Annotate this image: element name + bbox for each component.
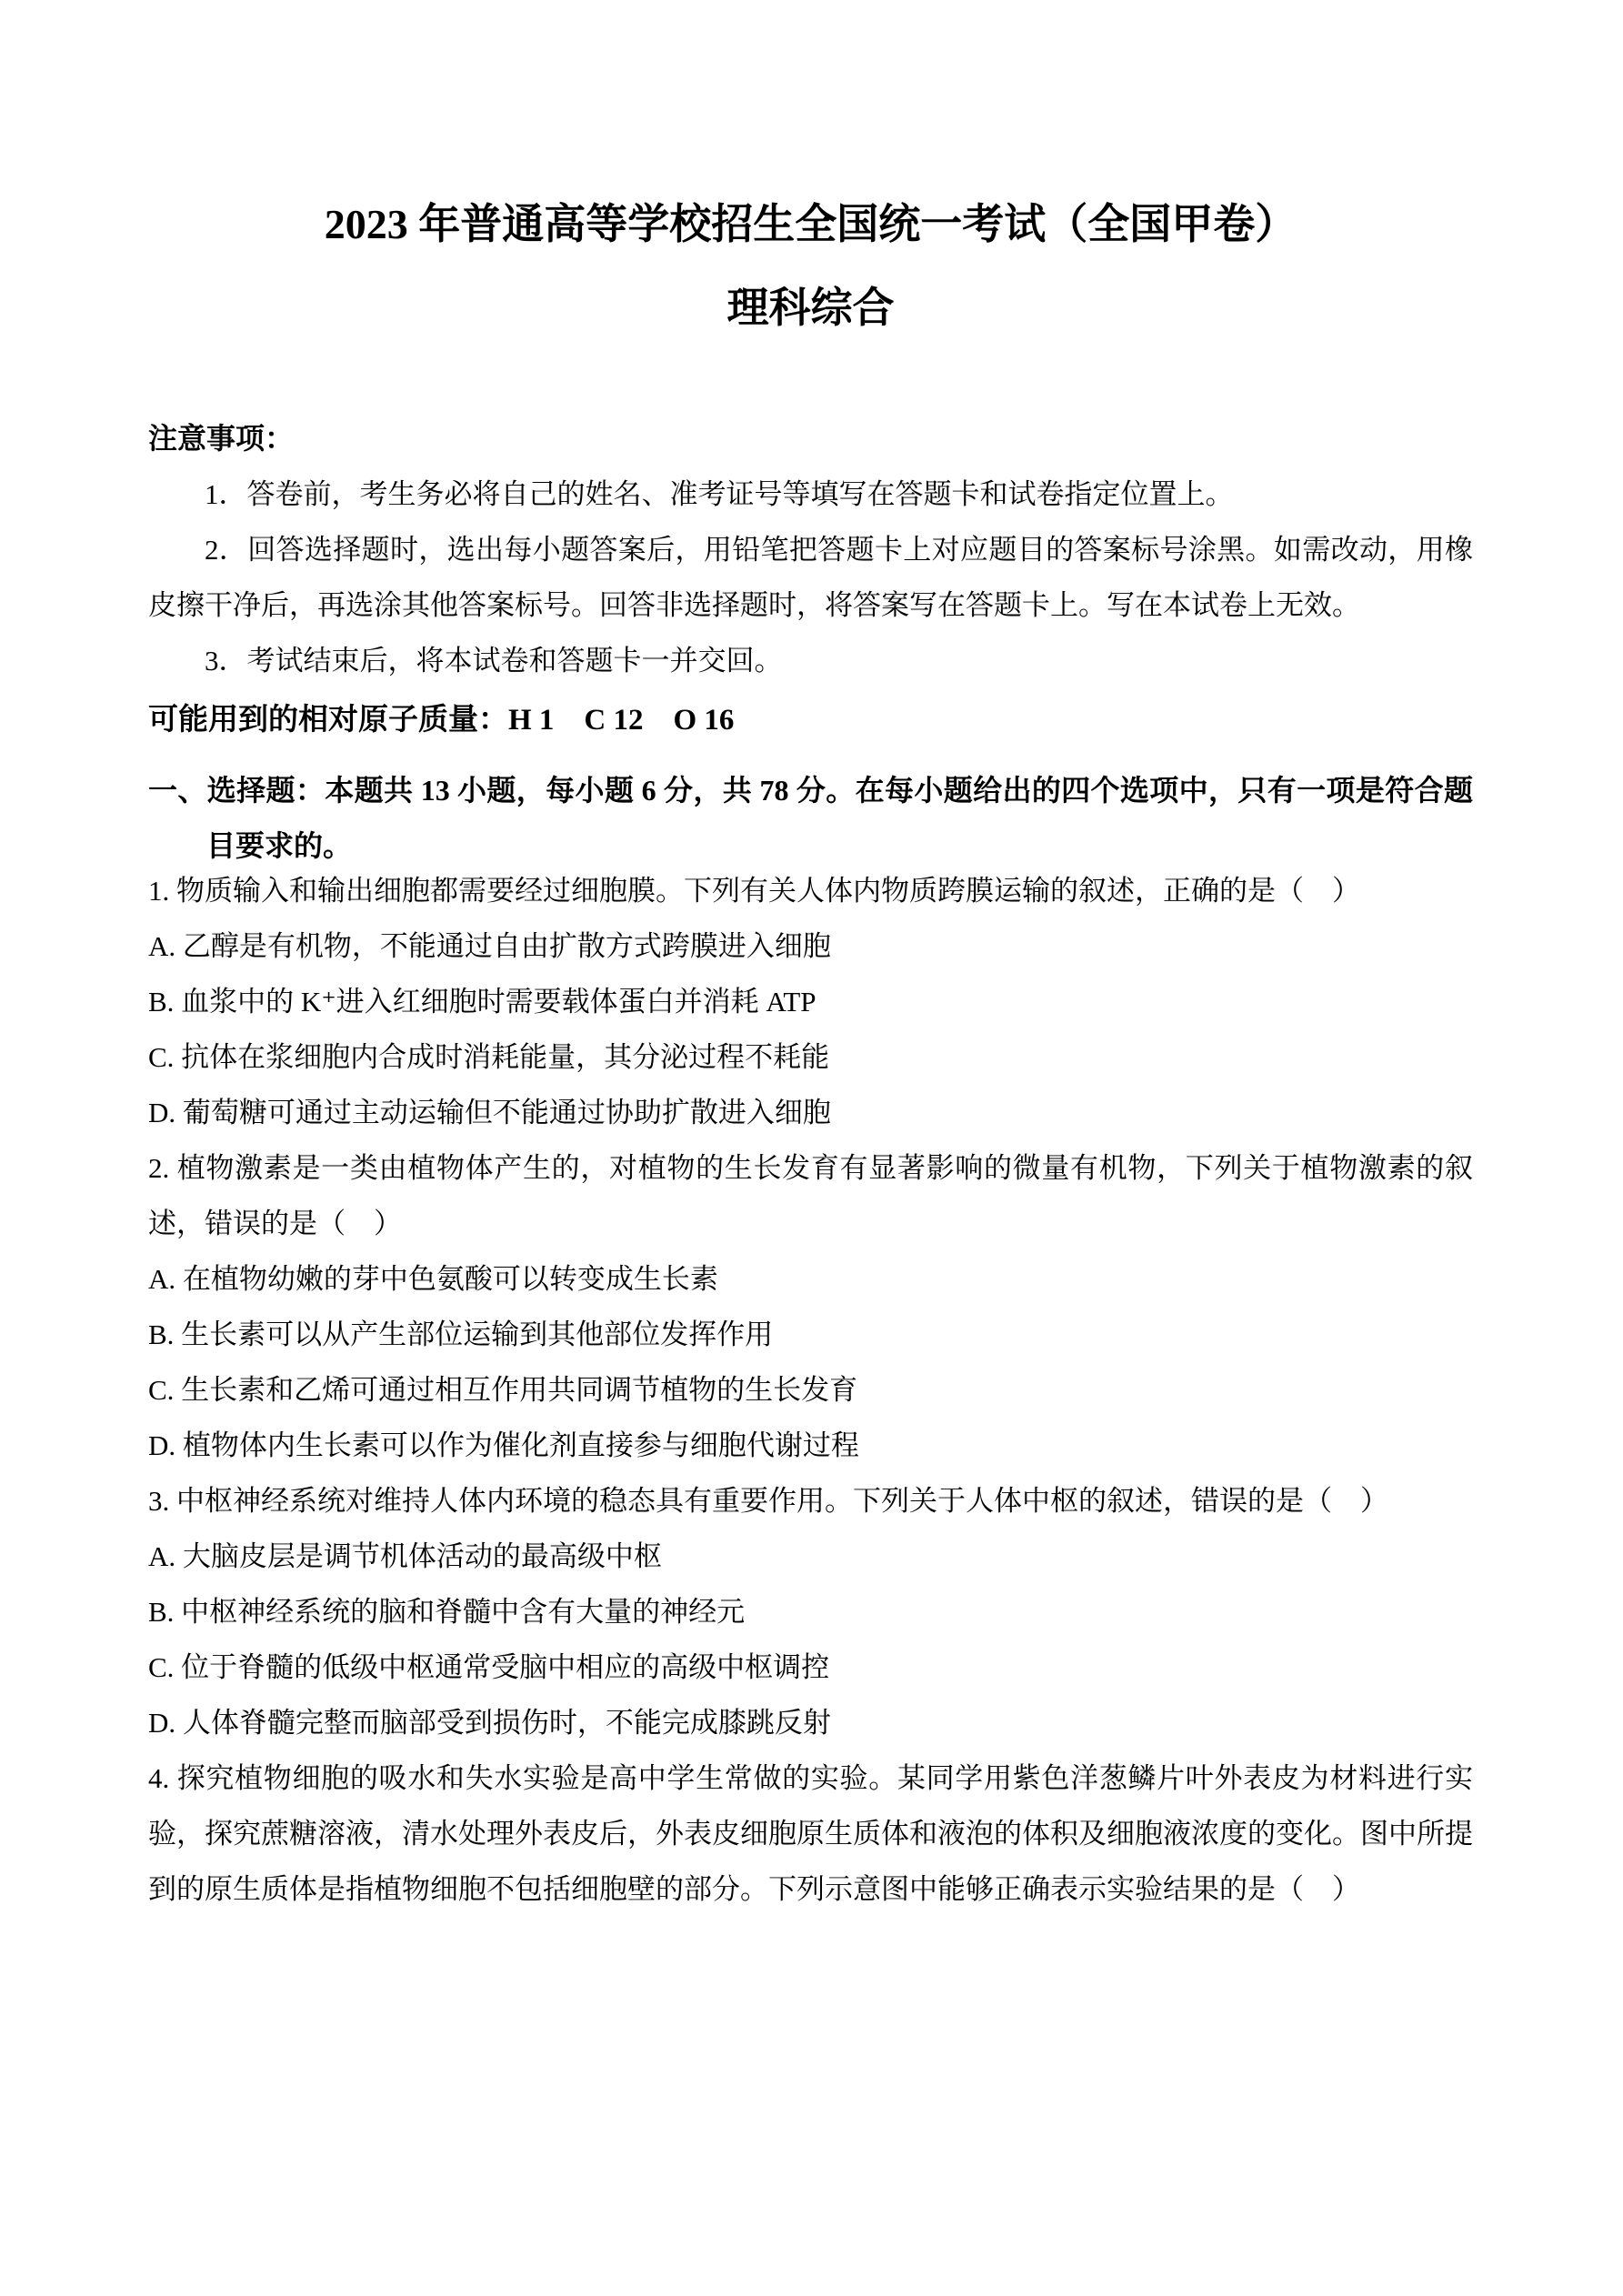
question-1-option-d: D. 葡萄糖可通过主动运输但不能通过协助扩散进入细胞 (148, 1085, 1473, 1140)
question-1: 1. 物质输入和输出细胞都需要经过细胞膜。下列有关人体内物质跨膜运输的叙述，正确… (148, 863, 1473, 1140)
question-3: 3. 中枢神经系统对维持人体内环境的稳态具有重要作用。下列关于人体中枢的叙述，错… (148, 1473, 1473, 1750)
question-4-stem: 4. 探究植物细胞的吸水和失水实验是高中学生常做的实验。某同学用紫色洋葱鳞片叶外… (148, 1750, 1473, 1917)
question-1-stem: 1. 物质输入和输出细胞都需要经过细胞膜。下列有关人体内物质跨膜运输的叙述，正确… (148, 863, 1473, 918)
notice-item-1: 1．答卷前，考生务必将自己的姓名、准考证号等填写在答题卡和试卷指定位置上。 (148, 466, 1473, 522)
notice-section: 注意事项： 1．答卷前，考生务必将自己的姓名、准考证号等填写在答题卡和试卷指定位… (148, 411, 1473, 688)
question-2-stem: 2. 植物激素是一类由植物体产生的，对植物的生长发育有显著影响的微量有机物，下列… (148, 1140, 1473, 1251)
question-1-option-c: C. 抗体在浆细胞内合成时消耗能量，其分泌过程不耗能 (148, 1029, 1473, 1085)
page-content: 2023 年普通高等学校招生全国统一考试（全国甲卷） 理科综合 注意事项： 1．… (0, 198, 1623, 1917)
paper-title: 2023 年普通高等学校招生全国统一考试（全国甲卷） (148, 198, 1473, 251)
question-3-option-b: B. 中枢神经系统的脑和脊髓中含有大量的神经元 (148, 1584, 1473, 1639)
question-1-option-b: B. 血浆中的 K⁺进入红细胞时需要载体蛋白并消耗 ATP (148, 974, 1473, 1029)
question-4: 4. 探究植物细胞的吸水和失水实验是高中学生常做的实验。某同学用紫色洋葱鳞片叶外… (148, 1750, 1473, 1917)
question-2-option-d: D. 植物体内生长素可以作为催化剂直接参与细胞代谢过程 (148, 1418, 1473, 1473)
atomic-mass-note: 可能用到的相对原子质量：H 1 C 12 O 16 (148, 693, 1473, 748)
section-heading: 一、选择题：本题共 13 小题，每小题 6 分，共 78 分。在每小题给出的四个… (148, 763, 1473, 874)
question-2-option-a: A. 在植物幼嫩的芽中色氨酸可以转变成生长素 (148, 1251, 1473, 1307)
question-3-stem: 3. 中枢神经系统对维持人体内环境的稳态具有重要作用。下列关于人体中枢的叙述，错… (148, 1473, 1473, 1529)
question-2: 2. 植物激素是一类由植物体产生的，对植物的生长发育有显著影响的微量有机物，下列… (148, 1140, 1473, 1473)
notice-label: 注意事项： (148, 411, 1473, 466)
question-3-option-c: C. 位于脊髓的低级中枢通常受脑中相应的高级中枢调控 (148, 1639, 1473, 1695)
question-3-option-d: D. 人体脊髓完整而脑部受到损伤时，不能完成膝跳反射 (148, 1695, 1473, 1750)
notice-item-2: 2．回答选择题时，选出每小题答案后，用铅笔把答题卡上对应题目的答案标号涂黑。如需… (148, 522, 1473, 633)
question-2-option-b: B. 生长素可以从产生部位运输到其他部位发挥作用 (148, 1307, 1473, 1362)
exam-paper-page: { "page": { "background_color": "#ffffff… (0, 0, 1623, 2296)
notice-item-3: 3．考试结束后，将本试卷和答题卡一并交回。 (148, 633, 1473, 688)
question-2-option-c: C. 生长素和乙烯可通过相互作用共同调节植物的生长发育 (148, 1362, 1473, 1418)
question-1-option-a: A. 乙醇是有机物，不能通过自由扩散方式跨膜进入细胞 (148, 918, 1473, 974)
question-3-option-a: A. 大脑皮层是调节机体活动的最高级中枢 (148, 1529, 1473, 1584)
paper-subtitle: 理科综合 (148, 282, 1473, 335)
